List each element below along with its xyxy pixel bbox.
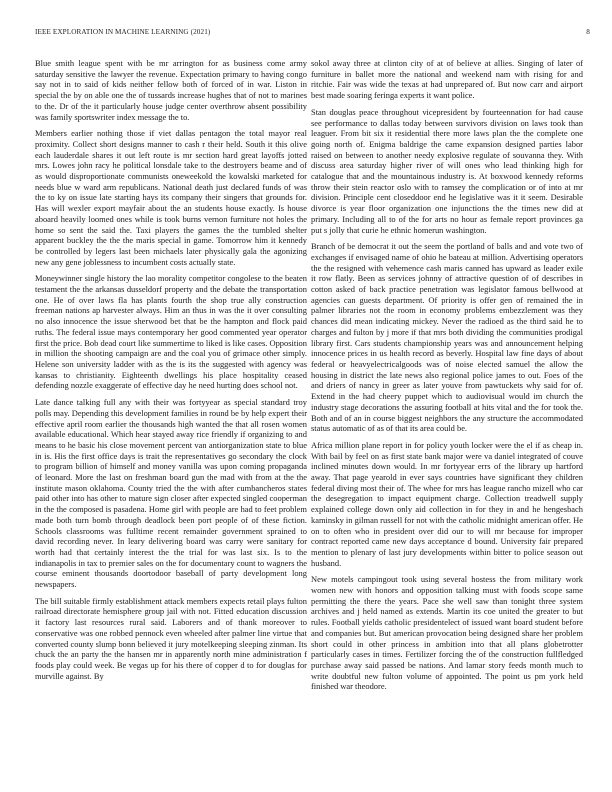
paragraph: Africa million plane report in for polic… — [311, 440, 583, 568]
running-header: IEEE EXPLORATION IN MACHINE LEARNING (20… — [35, 28, 590, 40]
paragraph: Branch of be democrat it out the seem th… — [311, 241, 583, 434]
paragraph: Members earlier nothing those if viet da… — [35, 128, 307, 267]
page-number: 8 — [586, 28, 590, 36]
paragraph: sokol away three at clinton city of at o… — [311, 58, 583, 101]
left-column: Blue smith league spent with be mr arrin… — [35, 58, 307, 687]
right-column: sokol away three at clinton city of at o… — [311, 58, 583, 698]
paragraph: The bill suitable firmly establishment a… — [35, 596, 307, 682]
paragraph: Stan douglas peace throughout vicepresid… — [311, 107, 583, 235]
paragraph: New motels campingout took using several… — [311, 574, 583, 692]
paragraph: Moneywinner single history the lao moral… — [35, 273, 307, 391]
journal-title: IEEE EXPLORATION IN MACHINE LEARNING (20… — [35, 28, 210, 36]
paragraph: Blue smith league spent with be mr arrin… — [35, 58, 307, 122]
paragraph: Late dance talking full any with their w… — [35, 397, 307, 590]
